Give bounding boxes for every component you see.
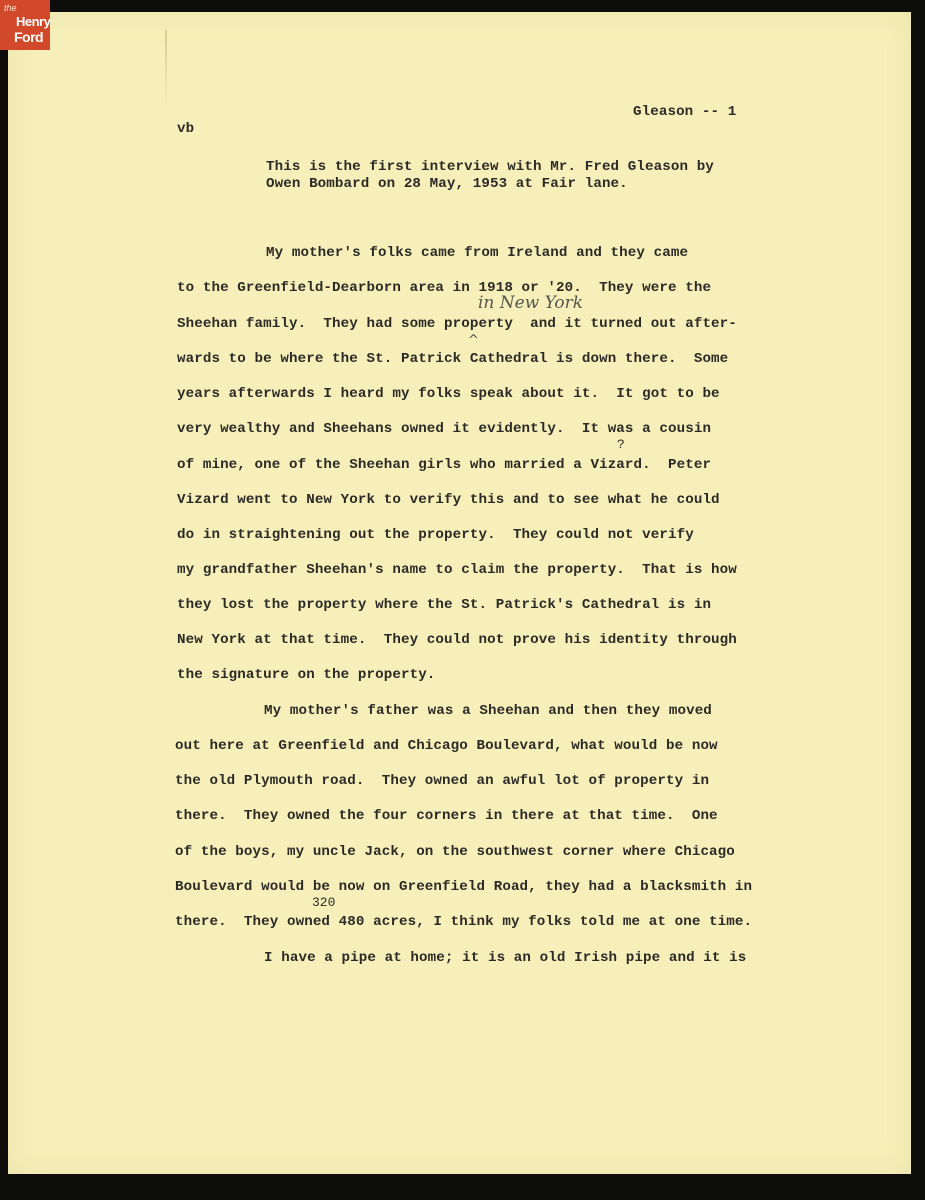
logo-ford: Ford bbox=[14, 30, 43, 44]
body-line: My mother's folks came from Ireland and … bbox=[266, 245, 688, 261]
body-line: Vizard went to New York to verify this a… bbox=[177, 492, 720, 508]
body-line: My mother's father was a Sheehan and the… bbox=[264, 703, 712, 719]
body-line: of the boys, my uncle Jack, on the south… bbox=[175, 844, 735, 860]
page-number-label: Gleason -- 1 bbox=[633, 104, 736, 120]
logo-the: the bbox=[4, 4, 17, 13]
acres-correction: 320 bbox=[312, 895, 335, 910]
body-line: of mine, one of the Sheehan girls who ma… bbox=[177, 457, 711, 473]
logo-henry: Henry bbox=[16, 15, 50, 28]
paper-crease bbox=[165, 30, 167, 110]
body-line: the old Plymouth road. They owned an awf… bbox=[175, 773, 709, 789]
body-line: Boulevard would be now on Greenfield Roa… bbox=[175, 879, 752, 895]
handwritten-question-mark: ? bbox=[617, 437, 625, 452]
insert-caret-mark: ^ bbox=[468, 333, 479, 348]
body-line: Sheehan family. They had some property a… bbox=[177, 316, 737, 332]
typist-initials: vb bbox=[177, 121, 194, 137]
body-line: there. They owned the four corners in th… bbox=[175, 808, 718, 824]
body-line: New York at that time. They could not pr… bbox=[177, 632, 737, 648]
intro-line-1: This is the first interview with Mr. Fre… bbox=[266, 159, 714, 175]
body-line: I have a pipe at home; it is an old Iris… bbox=[264, 950, 746, 966]
body-line: wards to be where the St. Patrick Cathed… bbox=[177, 351, 728, 367]
body-line: the signature on the property. bbox=[177, 667, 435, 683]
body-line: to the Greenfield-Dearborn area in 1918 … bbox=[177, 280, 711, 296]
intro-line-2: Owen Bombard on 28 May, 1953 at Fair lan… bbox=[266, 176, 628, 192]
body-line: do in straightening out the property. Th… bbox=[177, 527, 694, 543]
henry-ford-logo: the Henry Ford bbox=[0, 0, 50, 50]
body-line: years afterwards I heard my folks speak … bbox=[177, 386, 720, 402]
body-line: there. They owned 480 acres, I think my … bbox=[175, 914, 752, 930]
body-line: they lost the property where the St. Pat… bbox=[177, 597, 711, 613]
body-line: very wealthy and Sheehans owned it evide… bbox=[177, 421, 711, 437]
body-line: my grandfather Sheehan's name to claim t… bbox=[177, 562, 737, 578]
body-line: out here at Greenfield and Chicago Boule… bbox=[175, 738, 718, 754]
handwritten-insert: in New York bbox=[478, 293, 583, 313]
